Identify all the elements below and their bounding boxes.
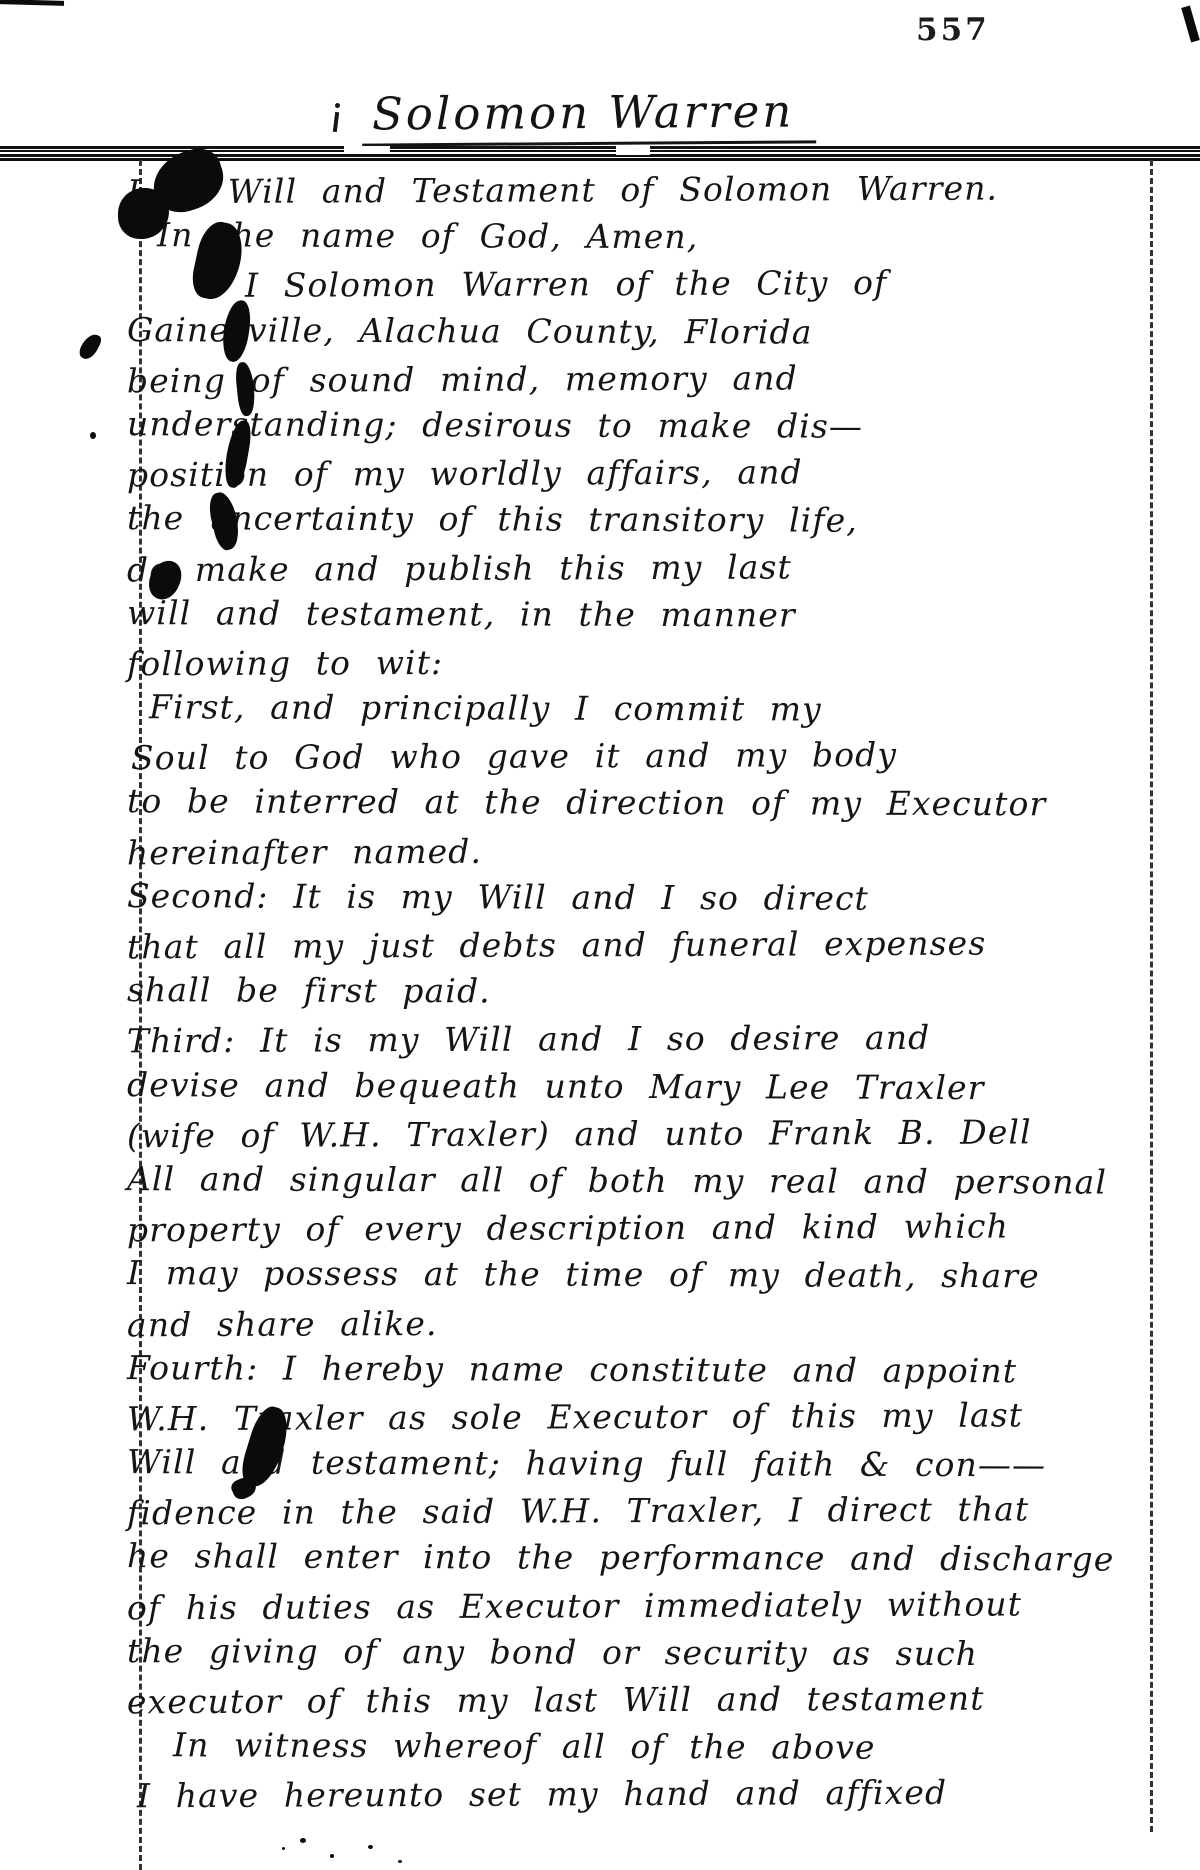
will-text-line: that all my just debts and funeral expen… — [127, 919, 1193, 971]
bottom-speckle — [282, 1847, 285, 1850]
bottom-speckle — [330, 1854, 334, 1858]
will-text-line: Fourth: I hereby name constitute and app… — [127, 1344, 1193, 1395]
will-text-line: W.H. Traxler as sole Executor of this my… — [127, 1391, 1193, 1443]
will-text-line: Second: It is my Will and I so direct — [127, 872, 1193, 923]
will-text-line: In witness whereof all of the above — [127, 1721, 1193, 1772]
will-text-line: Soul to God who gave it and my body — [127, 730, 1193, 782]
bottom-speckle — [300, 1838, 306, 1843]
will-text-line: shall be first paid. — [127, 966, 1193, 1017]
will-text-line: position of my worldly affairs, and — [127, 447, 1193, 499]
will-text-line: hereinafter named. — [127, 824, 1193, 876]
page-number: 557 — [916, 12, 990, 48]
scanned-will-page: 557 Solomon Warren Last Will and Testame… — [0, 0, 1200, 1870]
will-text-line: following to wit: — [127, 636, 1193, 688]
will-text-line: Last Will and Testament of Solomon Warre… — [127, 164, 1193, 216]
will-text-line: the uncertainty of this transitory life, — [127, 494, 1193, 545]
will-text-line: fidence in the said W.H. Traxler, I dire… — [127, 1485, 1193, 1537]
ledger-heading: Solomon Warren — [362, 84, 817, 146]
ink-speck — [77, 331, 103, 362]
will-text-line: I may possess at the time of my death, s… — [127, 1249, 1193, 1300]
rule-gap — [344, 146, 390, 153]
will-text-line: I Solomon Warren of the City of — [127, 258, 1193, 310]
will-text-line: Will and testament; having full faith & … — [127, 1438, 1193, 1489]
stray-pen-mark — [333, 112, 339, 132]
will-text-line: of his duties as Executor immediately wi… — [127, 1579, 1193, 1631]
will-text-line: executor of this my last Will and testam… — [127, 1674, 1193, 1726]
bottom-speckle — [398, 1860, 402, 1863]
will-text-line: I have hereunto set my hand and affixed — [127, 1768, 1193, 1820]
will-text-line: In the name of God, Amen, — [127, 211, 1193, 262]
will-text-line: he shall enter into the performance and … — [127, 1533, 1193, 1584]
will-text-line: will and testament, in the manner — [127, 589, 1193, 640]
will-text-line: the giving of any bond or security as su… — [127, 1627, 1193, 1678]
will-text-line: First, and principally I commit my — [127, 683, 1193, 734]
will-text-line: Gainesville, Alachua County, Florida — [127, 306, 1193, 357]
bottom-speckle — [368, 1845, 373, 1849]
will-text-line: Third: It is my Will and I so desire and — [127, 1013, 1193, 1065]
scan-edge-artifact — [0, 0, 64, 6]
will-text-line: devise and bequeath unto Mary Lee Traxle… — [127, 1061, 1193, 1112]
will-text-line: to be interred at the direction of my Ex… — [127, 778, 1193, 829]
will-text-line: property of every description and kind w… — [127, 1202, 1193, 1254]
scan-edge-artifact — [1181, 5, 1200, 42]
will-text-line: All and singular all of both my real and… — [127, 1155, 1193, 1206]
will-text-line: do make and publish this my last — [127, 541, 1193, 593]
rule-gap — [616, 146, 650, 155]
will-text-line: and share alike. — [127, 1296, 1193, 1348]
ink-speck — [90, 432, 96, 439]
will-text-line: (wife of W.H. Traxler) and unto Frank B.… — [127, 1107, 1193, 1159]
will-text-line: being of sound mind, memory and — [127, 352, 1193, 404]
will-text-line: understanding; desirous to make dis— — [127, 400, 1193, 451]
will-text: Last Will and Testament of Solomon Warre… — [127, 166, 1193, 1818]
